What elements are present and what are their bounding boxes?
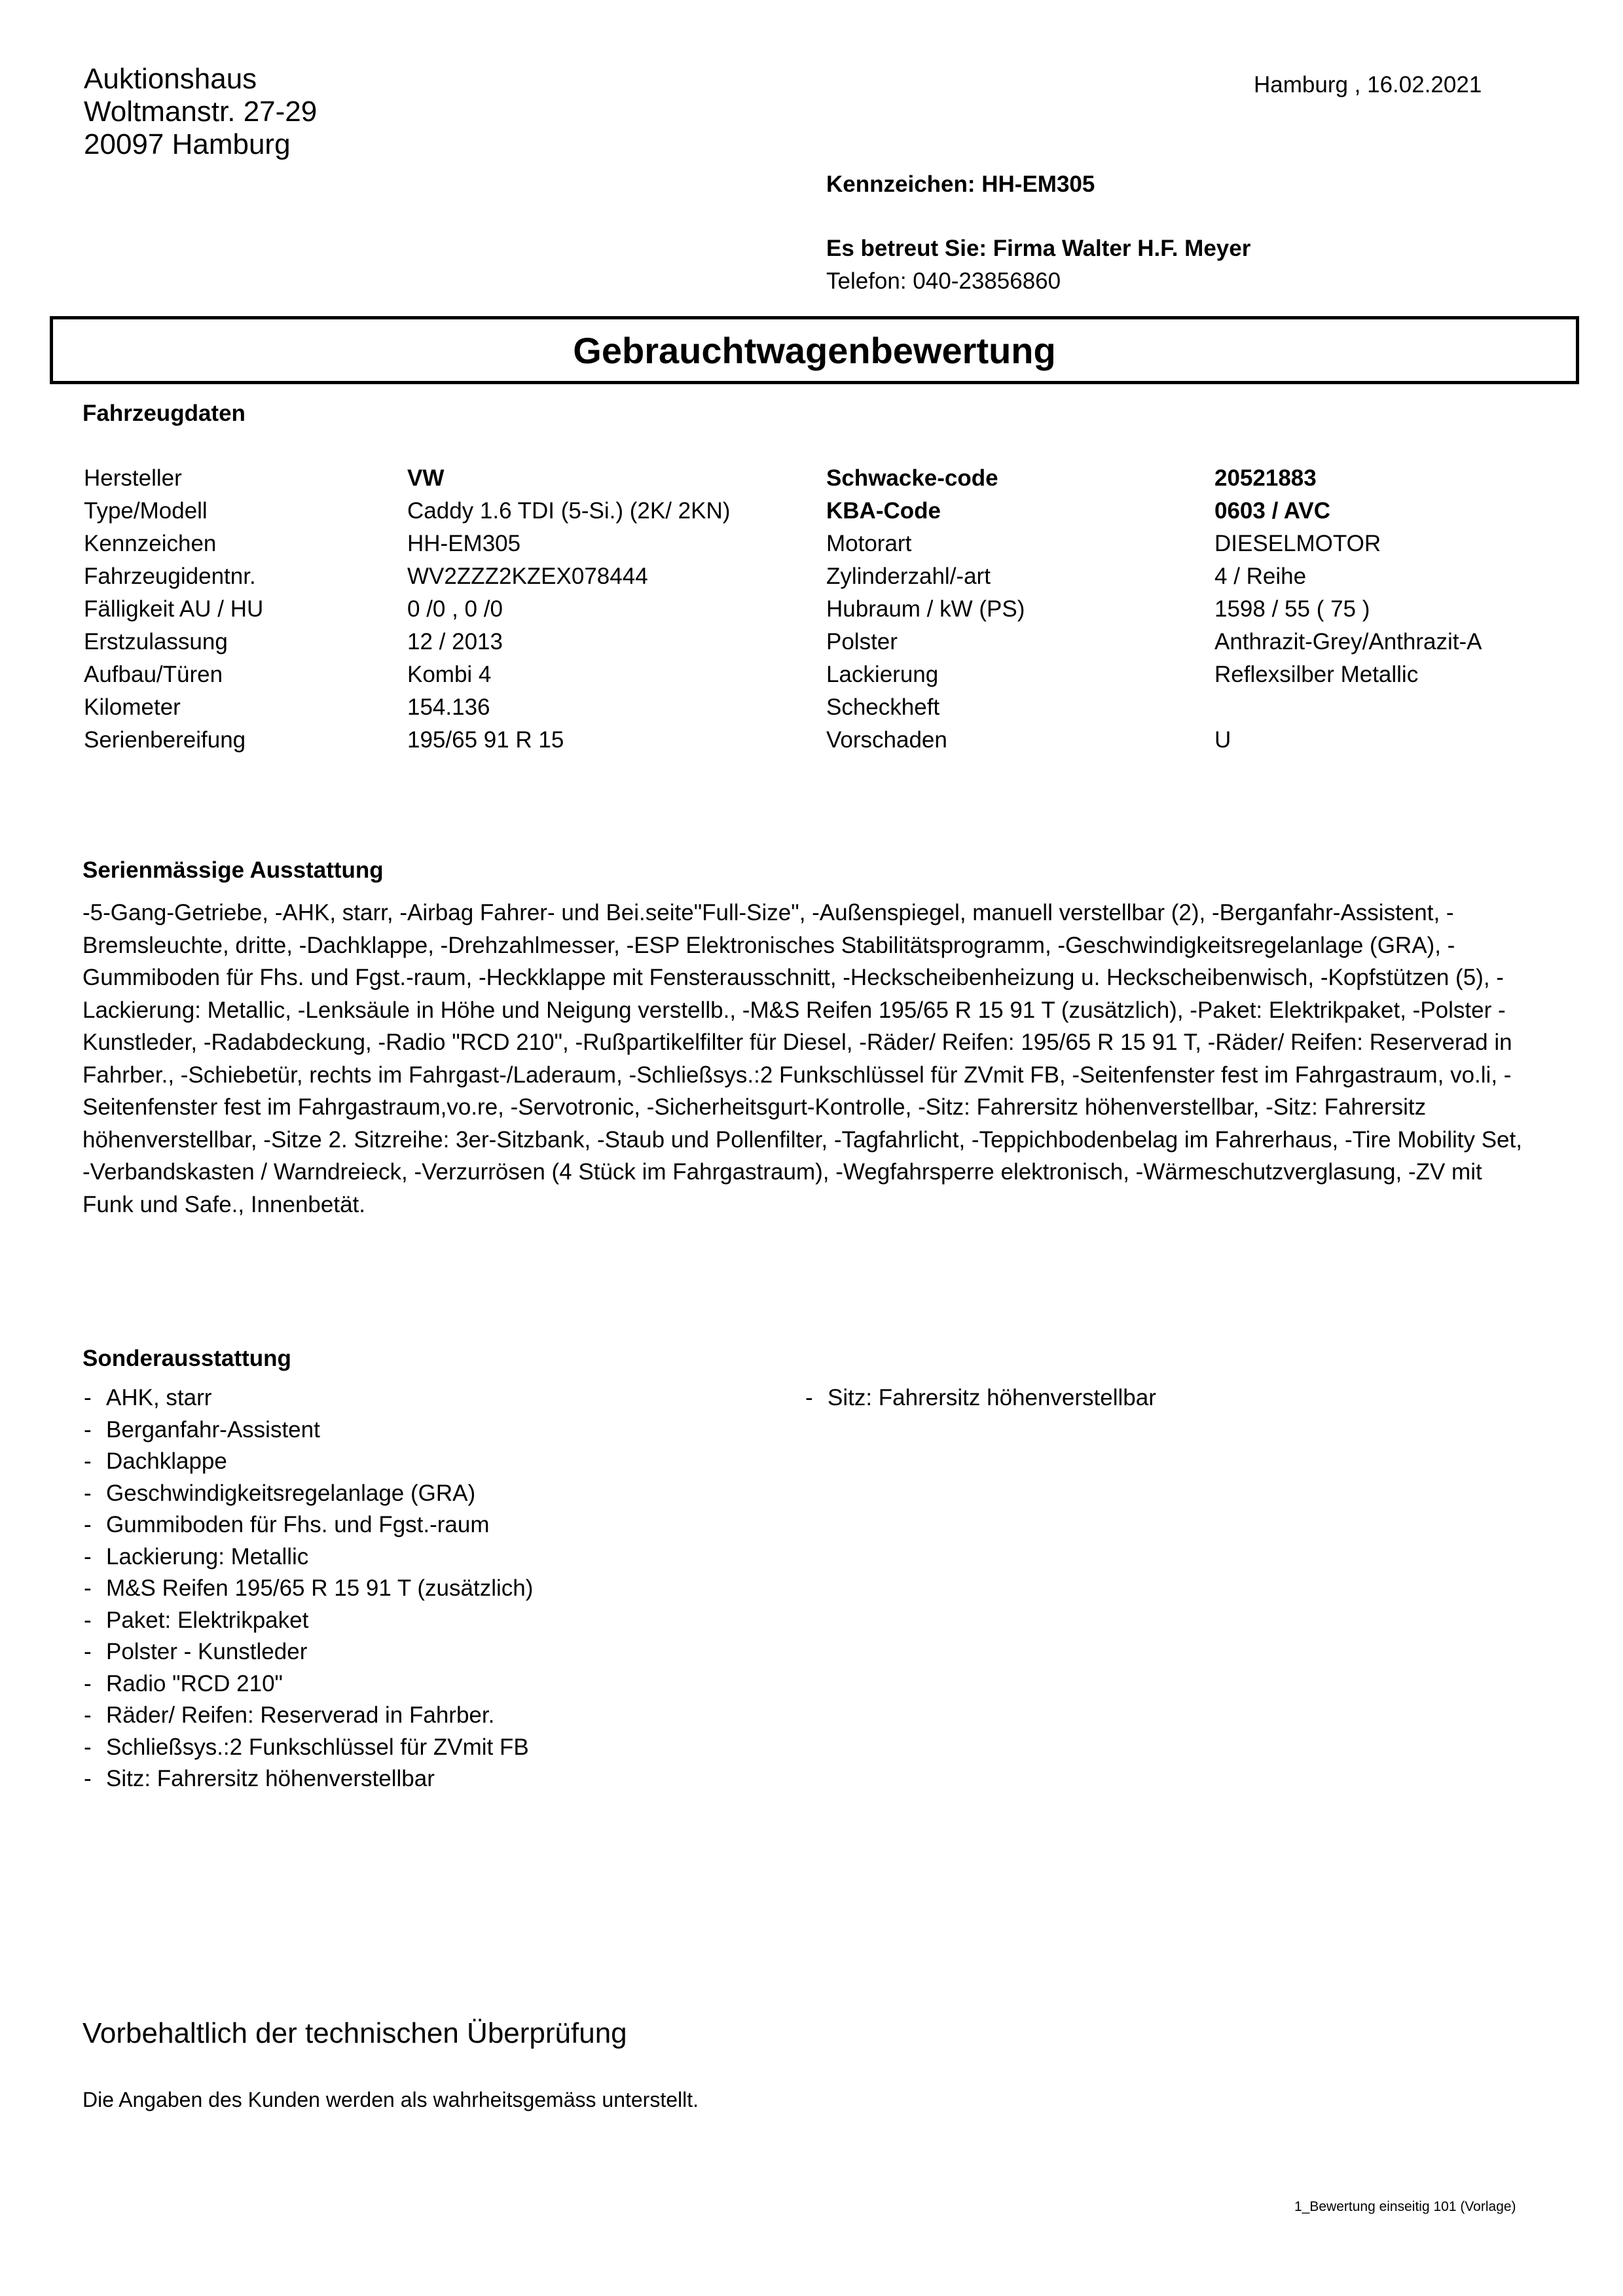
list-item: -Geschwindigkeitsregelanlage (GRA) bbox=[84, 1478, 533, 1510]
list-item-text: Radio "RCD 210" bbox=[106, 1668, 283, 1700]
row-label: Scheckheft bbox=[826, 691, 939, 724]
row-value: HH-EM305 bbox=[407, 528, 520, 560]
list-item-text: Lackierung: Metallic bbox=[106, 1541, 308, 1573]
row-value: 4 / Reihe bbox=[1214, 560, 1306, 593]
template-name: 1_Bewertung einseitig 101 (Vorlage) bbox=[1294, 2199, 1516, 2215]
section-heading-special-equipment: Sonderausstattung bbox=[82, 1346, 291, 1372]
bullet-dash: - bbox=[84, 1636, 106, 1668]
section-heading-standard-equipment: Serienmässige Ausstattung bbox=[82, 857, 384, 884]
row-value: 1598 / 55 ( 75 ) bbox=[1214, 593, 1370, 626]
customer-statement-note: Die Angaben des Kunden werden als wahrhe… bbox=[82, 2088, 699, 2112]
list-item: -M&S Reifen 195/65 R 15 91 T (zusätzlich… bbox=[84, 1573, 533, 1605]
row-value: DIESELMOTOR bbox=[1214, 528, 1381, 560]
row-value: 0603 / AVC bbox=[1214, 495, 1330, 528]
list-item: -Berganfahr-Assistent bbox=[84, 1414, 533, 1446]
list-item-text: Schließsys.:2 Funkschlüssel für ZVmit FB bbox=[106, 1732, 529, 1764]
row-label: Kilometer bbox=[84, 691, 181, 724]
list-item: -Sitz: Fahrersitz höhenverstellbar bbox=[84, 1763, 533, 1795]
bullet-dash: - bbox=[84, 1446, 106, 1478]
row-value: Anthrazit-Grey/Anthrazit-A bbox=[1214, 626, 1482, 658]
address-line: Auktionshaus bbox=[84, 63, 317, 96]
row-label: Hubraum / kW (PS) bbox=[826, 593, 1025, 626]
row-label: Aufbau/Türen bbox=[84, 658, 223, 691]
bullet-dash: - bbox=[84, 1478, 106, 1510]
list-item-text: Sitz: Fahrersitz höhenverstellbar bbox=[106, 1763, 435, 1795]
row-label: Vorschaden bbox=[826, 724, 947, 757]
bullet-dash: - bbox=[805, 1382, 828, 1414]
row-value: VW bbox=[407, 462, 444, 495]
list-item-text: Gummiboden für Fhs. und Fgst.-raum bbox=[106, 1509, 490, 1541]
list-item-text: Geschwindigkeitsregelanlage (GRA) bbox=[106, 1478, 475, 1510]
row-label: Polster bbox=[826, 626, 898, 658]
list-item: -Räder/ Reifen: Reserverad in Fahrber. bbox=[84, 1700, 533, 1732]
row-value: 12 / 2013 bbox=[407, 626, 503, 658]
row-label: Schwacke-code bbox=[826, 462, 998, 495]
list-item: -Radio "RCD 210" bbox=[84, 1668, 533, 1700]
list-item-text: M&S Reifen 195/65 R 15 91 T (zusätzlich) bbox=[106, 1573, 533, 1605]
sender-address: Auktionshaus Woltmanstr. 27-29 20097 Ham… bbox=[84, 63, 317, 161]
bullet-dash: - bbox=[84, 1700, 106, 1732]
bullet-dash: - bbox=[84, 1573, 106, 1605]
row-label: Fälligkeit AU / HU bbox=[84, 593, 263, 626]
list-item: -Polster - Kunstleder bbox=[84, 1636, 533, 1668]
row-label: Erstzulassung bbox=[84, 626, 228, 658]
address-line: 20097 Hamburg bbox=[84, 128, 317, 161]
list-item-text: Berganfahr-Assistent bbox=[106, 1414, 320, 1446]
list-item: -Paket: Elektrikpaket bbox=[84, 1605, 533, 1637]
contact-company: Es betreut Sie: Firma Walter H.F. Meyer bbox=[826, 236, 1250, 262]
document-title-box: Gebrauchtwagenbewertung bbox=[50, 316, 1579, 384]
list-item: -Dachklappe bbox=[84, 1446, 533, 1478]
row-label: Zylinderzahl/-art bbox=[826, 560, 991, 593]
bullet-dash: - bbox=[84, 1414, 106, 1446]
list-item-text: Sitz: Fahrersitz höhenverstellbar bbox=[828, 1382, 1156, 1414]
row-label: Hersteller bbox=[84, 462, 182, 495]
license-plate-heading: Kennzeichen: HH-EM305 bbox=[826, 171, 1095, 198]
bullet-dash: - bbox=[84, 1605, 106, 1637]
document-title: Gebrauchtwagenbewertung bbox=[573, 329, 1055, 372]
list-item: -Schließsys.:2 Funkschlüssel für ZVmit F… bbox=[84, 1732, 533, 1764]
row-label: Fahrzeugidentnr. bbox=[84, 560, 256, 593]
row-value: 195/65 91 R 15 bbox=[407, 724, 564, 757]
bullet-dash: - bbox=[84, 1763, 106, 1795]
bullet-dash: - bbox=[84, 1382, 106, 1414]
row-value: 0 /0 , 0 /0 bbox=[407, 593, 503, 626]
row-label: Lackierung bbox=[826, 658, 938, 691]
list-item: -Sitz: Fahrersitz höhenverstellbar bbox=[805, 1382, 1156, 1414]
bullet-dash: - bbox=[84, 1668, 106, 1700]
address-line: Woltmanstr. 27-29 bbox=[84, 96, 317, 128]
section-heading-vehicle-data: Fahrzeugdaten bbox=[82, 401, 246, 427]
list-item: -Lackierung: Metallic bbox=[84, 1541, 533, 1573]
list-item-text: Paket: Elektrikpaket bbox=[106, 1605, 308, 1637]
list-item-text: Polster - Kunstleder bbox=[106, 1636, 307, 1668]
standard-equipment-text: -5-Gang-Getriebe, -AHK, starr, -Airbag F… bbox=[82, 897, 1523, 1221]
bullet-dash: - bbox=[84, 1509, 106, 1541]
row-value: Caddy 1.6 TDI (5-Si.) (2K/ 2KN) bbox=[407, 495, 730, 528]
list-item-text: Räder/ Reifen: Reserverad in Fahrber. bbox=[106, 1700, 494, 1732]
contact-phone: Telefon: 040-23856860 bbox=[826, 268, 1061, 295]
row-value: Reflexsilber Metallic bbox=[1214, 658, 1418, 691]
row-value: WV2ZZZ2KZEX078444 bbox=[407, 560, 648, 593]
bullet-dash: - bbox=[84, 1732, 106, 1764]
technical-check-disclaimer: Vorbehaltlich der technischen Überprüfun… bbox=[82, 2017, 627, 2050]
row-value: U bbox=[1214, 724, 1231, 757]
row-label: Kennzeichen bbox=[84, 528, 216, 560]
row-value: 154.136 bbox=[407, 691, 490, 724]
row-label: KBA-Code bbox=[826, 495, 941, 528]
row-value: Kombi 4 bbox=[407, 658, 491, 691]
special-equipment-list-right: -Sitz: Fahrersitz höhenverstellbar bbox=[805, 1382, 1156, 1414]
place-date: Hamburg , 16.02.2021 bbox=[1254, 72, 1482, 98]
list-item-text: AHK, starr bbox=[106, 1382, 211, 1414]
list-item-text: Dachklappe bbox=[106, 1446, 227, 1478]
list-item: -AHK, starr bbox=[84, 1382, 533, 1414]
row-value: 20521883 bbox=[1214, 462, 1317, 495]
row-label: Type/Modell bbox=[84, 495, 208, 528]
special-equipment-list-left: -AHK, starr-Berganfahr-Assistent-Dachkla… bbox=[84, 1382, 533, 1795]
row-label: Serienbereifung bbox=[84, 724, 246, 757]
row-label: Motorart bbox=[826, 528, 911, 560]
list-item: -Gummiboden für Fhs. und Fgst.-raum bbox=[84, 1509, 533, 1541]
bullet-dash: - bbox=[84, 1541, 106, 1573]
